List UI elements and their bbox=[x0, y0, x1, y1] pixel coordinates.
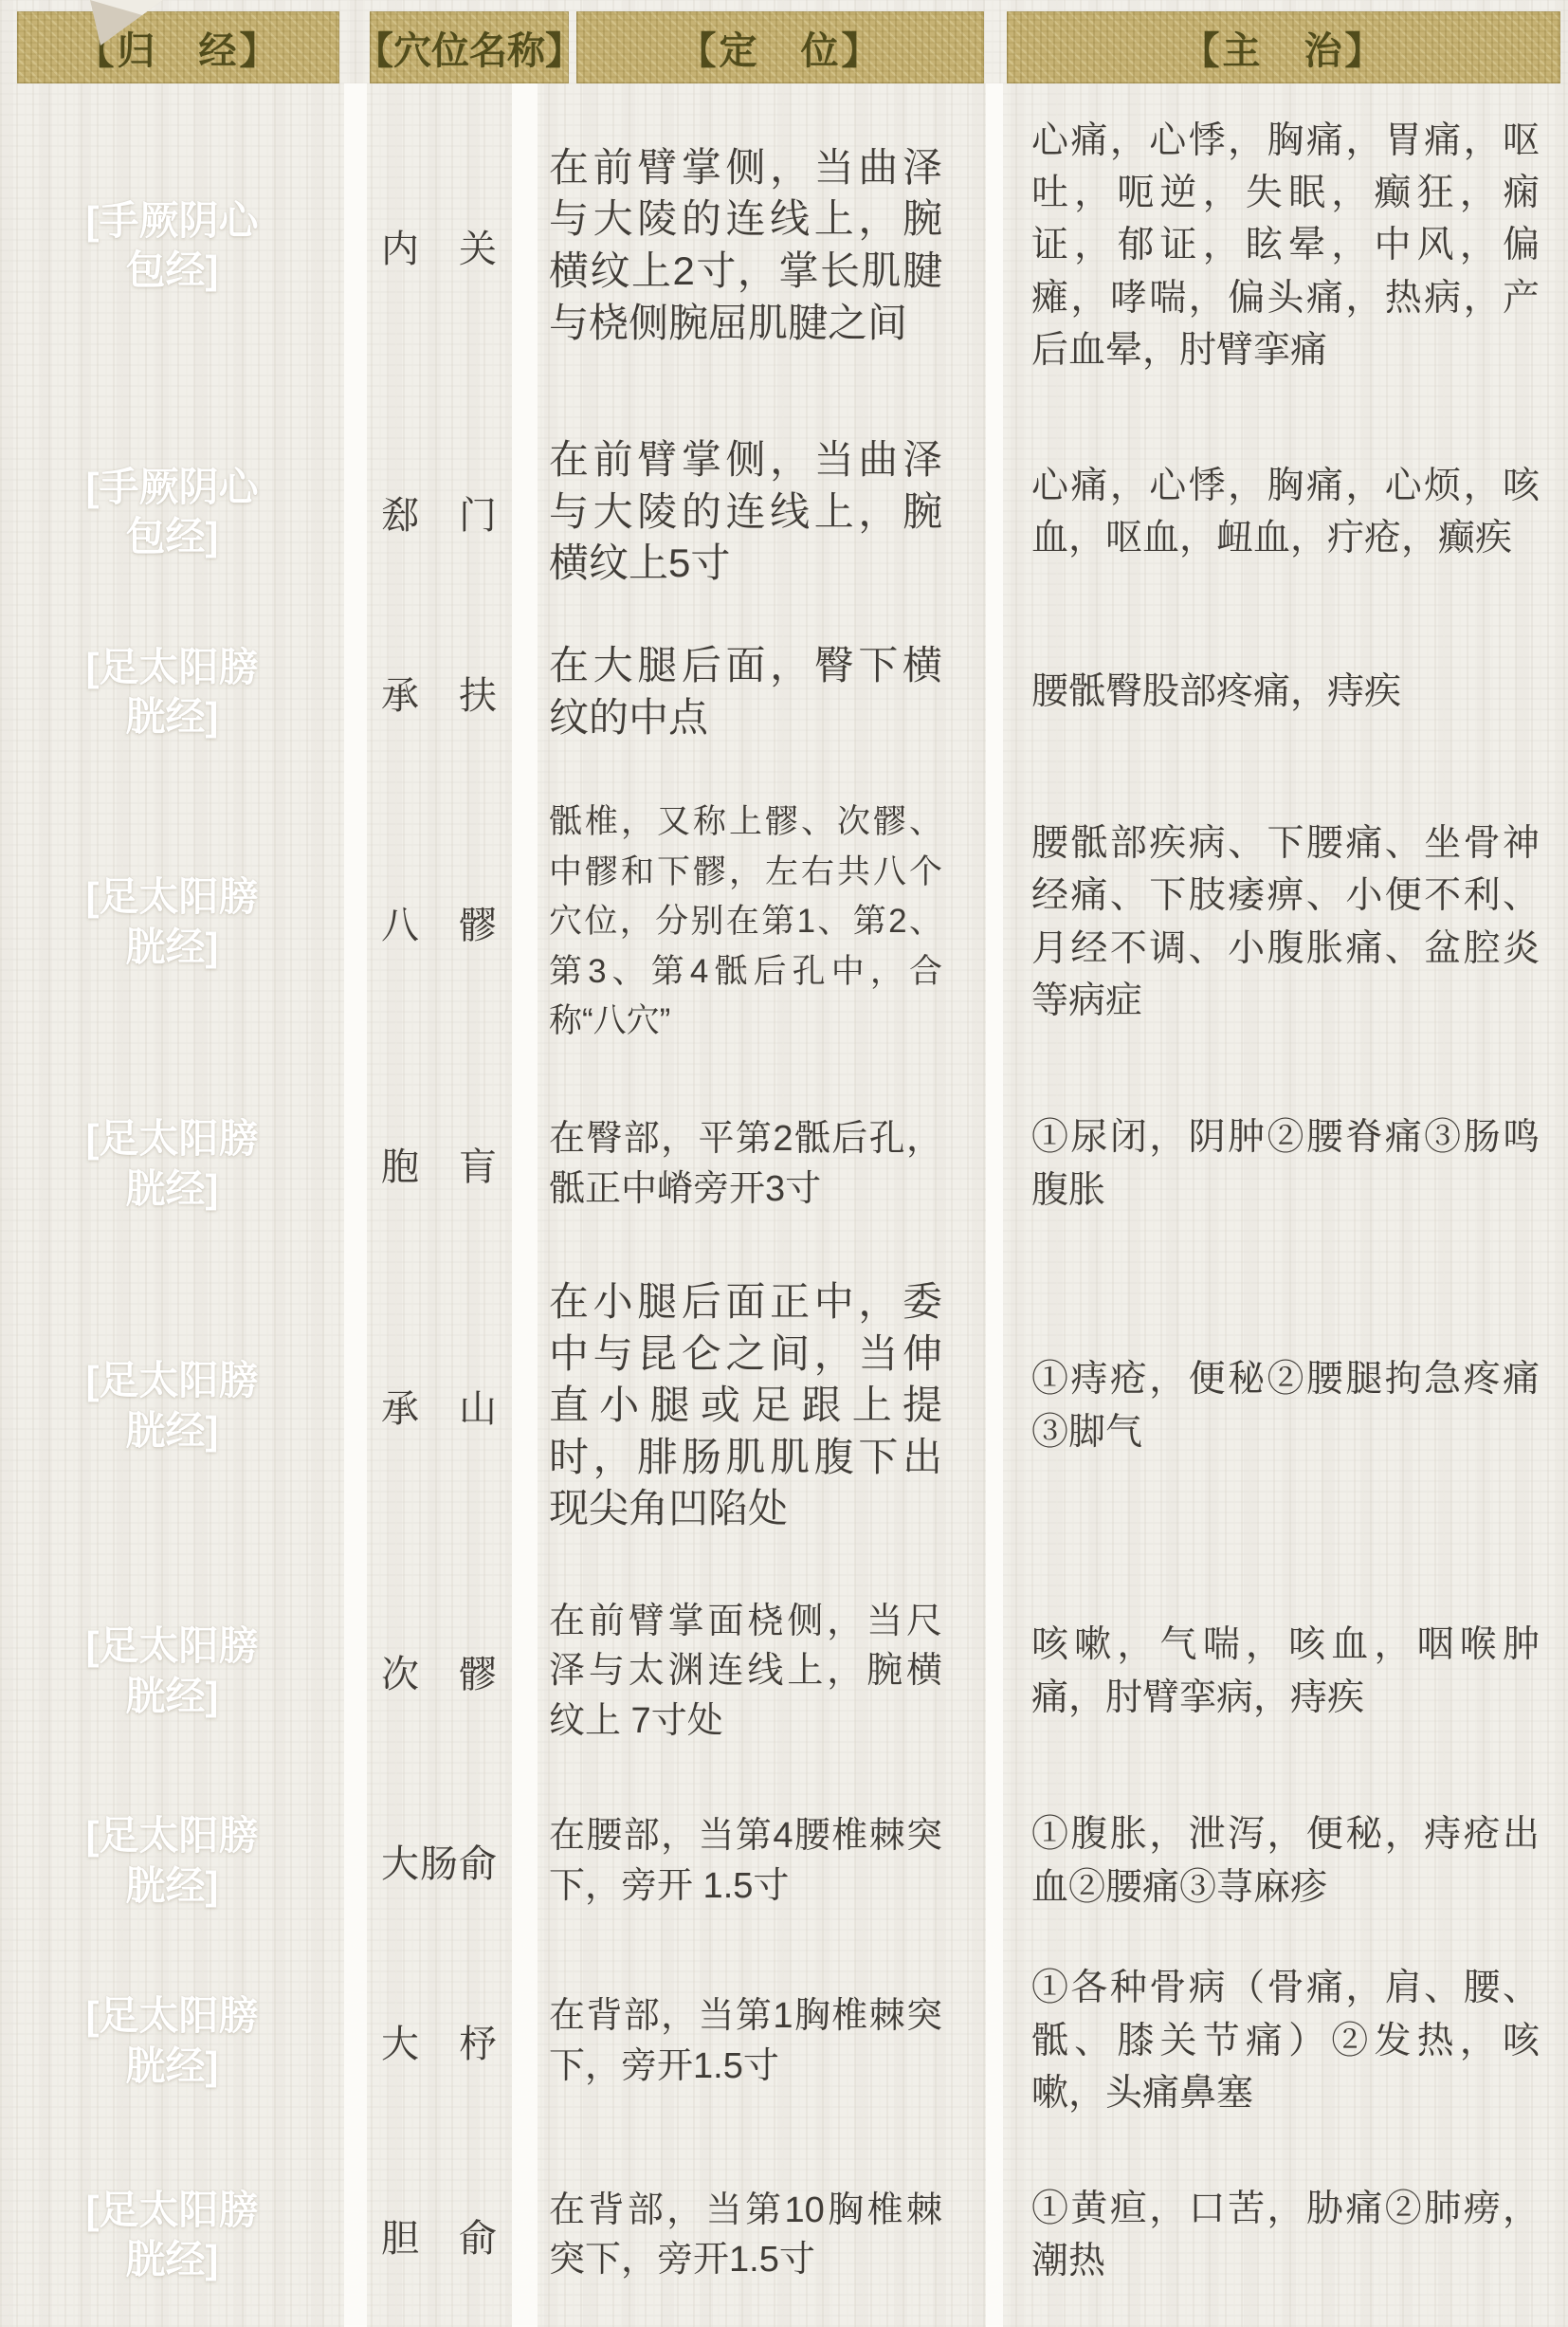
location-cell: 在背部，当第10胸椎棘突下，旁开1.5寸 bbox=[538, 2143, 986, 2327]
meridian-text: [足太阳膀 bbox=[86, 1622, 259, 1672]
location-text: 在背部，当第10胸椎棘突下，旁开1.5寸 bbox=[549, 2186, 942, 2285]
meridian-cell: [足太阳膀 胱经] bbox=[0, 1252, 344, 1560]
meridian-cell: [足太阳膀 胱经] bbox=[0, 2143, 344, 2327]
indications-text: 腰骶臀股部疼痛，痔疾 bbox=[1031, 666, 1540, 718]
location-cell: 在腰部，当第4腰椎棘突下，旁开 1.5寸 bbox=[538, 1783, 986, 1939]
meridian-text: [手厥阴心 bbox=[86, 196, 259, 247]
location-text: 在前臂掌侧，当曲泽与大陵的连线上，腕横纹上2寸，掌长肌腱与桡侧腕屈肌腱之间 bbox=[549, 142, 942, 349]
acupoint-name: 八 髎 bbox=[381, 895, 498, 949]
header-indications-label: 【主 治】 bbox=[1182, 21, 1386, 75]
location-cell: 在臀部，平第2骶后孔，骶正中嵴旁开3寸 bbox=[538, 1076, 986, 1252]
location-text: 在大腿后面，臀下横纹的中点 bbox=[549, 640, 942, 743]
location-cell: 在背部，当第1胸椎棘突下，旁开1.5寸 bbox=[538, 1939, 986, 2143]
location-text: 在腰部，当第4腰椎棘突下，旁开 1.5寸 bbox=[549, 1811, 942, 1911]
meridian-text: 胱经] bbox=[126, 2235, 219, 2285]
acupoint-name: 承 山 bbox=[381, 1379, 498, 1433]
header-location: 【定 位】 bbox=[576, 11, 984, 83]
header-acupoint-name-label: 【穴位名称】 bbox=[356, 21, 583, 75]
meridian-cell: [足太阳膀 胱经] bbox=[0, 1939, 344, 2143]
meridian-text: [足太阳膀 bbox=[86, 1811, 259, 1861]
column-divider bbox=[986, 83, 1003, 2327]
meridian-cell: [足太阳膀 胱经] bbox=[0, 1076, 344, 1252]
indications-cell: ①腹胀，泄泻，便秘，痔疮出血②腰痛③荨麻疹 bbox=[1003, 1783, 1568, 1939]
header-indications: 【主 治】 bbox=[1007, 11, 1560, 83]
meridian-cell: [足太阳膀 胱经] bbox=[0, 1783, 344, 1939]
location-text: 骶椎，又称上髎、次髎、中髎和下髎，左右共八个穴位，分别在第1、第2、第3、第4骶… bbox=[549, 797, 942, 1047]
meridian-cell: [足太阳膀 胱经] bbox=[0, 616, 344, 768]
indications-cell: ①各种骨病（骨痛，肩、腰、骶、膝关节痛）②发热，咳嗽，头痛鼻塞 bbox=[1003, 1939, 1568, 2143]
meridian-cell: [手厥阴心 包经] bbox=[0, 408, 344, 616]
indications-cell: 腰骶部疾病、下腰痛、坐骨神经痛、下肢痿痹、小便不利、月经不调、小腹胀痛、盆腔炎等… bbox=[1003, 768, 1568, 1076]
location-cell: 在小腿后面正中，委中与昆仑之间，当伸直小腿或足跟上提时，腓肠肌肌腹下出现尖角凹陷… bbox=[538, 1252, 986, 1560]
indications-cell: 心痛，心悸，胸痛，心烦，咳血，呕血，衄血，疔疮，癫疾 bbox=[1003, 408, 1568, 616]
meridian-text: [足太阳膀 bbox=[86, 1114, 259, 1164]
meridian-text: [足太阳膀 bbox=[86, 643, 259, 693]
location-cell: 骶椎，又称上髎、次髎、中髎和下髎，左右共八个穴位，分别在第1、第2、第3、第4骶… bbox=[538, 768, 986, 1076]
meridian-text: [手厥阴心 bbox=[86, 463, 259, 513]
indications-cell: 咳嗽，气喘，咳血，咽喉肿痛，肘臂挛病，痔疾 bbox=[1003, 1560, 1568, 1783]
acupoint-name: 次 髎 bbox=[381, 1644, 498, 1698]
meridian-text: 胱经] bbox=[126, 1672, 219, 1722]
meridian-text: [足太阳膀 bbox=[86, 1991, 259, 2042]
indications-cell: ①尿闭，阴肿②腰脊痛③肠鸣腹胀 bbox=[1003, 1076, 1568, 1252]
column-divider bbox=[512, 83, 538, 2327]
indications-text: ①尿闭，阴肿②腰脊痛③肠鸣腹胀 bbox=[1031, 1111, 1540, 1217]
indications-text: 腰骶部疾病、下腰痛、坐骨神经痛、下肢痿痹、小便不利、月经不调、小腹胀痛、盆腔炎等… bbox=[1031, 817, 1540, 1028]
acupoint-name: 大肠俞 bbox=[381, 1834, 498, 1888]
meridian-cell: [手厥阴心 包经] bbox=[0, 83, 344, 408]
location-text: 在前臂掌面桡侧，当尺泽与太渊连线上，腕横纹上 7寸处 bbox=[549, 1597, 942, 1746]
meridian-cell: [足太阳膀 胱经] bbox=[0, 1560, 344, 1783]
location-cell: 在大腿后面，臀下横纹的中点 bbox=[538, 616, 986, 768]
acupoint-name-cell: 郄 门 bbox=[367, 408, 512, 616]
meridian-text: 胱经] bbox=[126, 2042, 219, 2092]
indications-text: ①痔疮，便秘②腰腿拘急疼痛③脚气 bbox=[1031, 1353, 1540, 1458]
meridian-text: 胱经] bbox=[126, 923, 219, 973]
table-body: [手厥阴心 包经] 内 关 在前臂掌侧，当曲泽与大陵的连线上，腕横纹上2寸，掌长… bbox=[0, 83, 1568, 2327]
location-text: 在前臂掌侧，当曲泽与大陵的连线上，腕横纹上5寸 bbox=[549, 434, 942, 590]
indications-text: ①黄疸，口苦，胁痛②肺痨，潮热 bbox=[1031, 2183, 1540, 2288]
meridian-text: 胱经] bbox=[126, 1861, 219, 1912]
column-divider bbox=[344, 83, 367, 2327]
acupoint-table-page: 【归 经】 【穴位名称】 【定 位】 【主 治】 [手厥阴心 包经] 内 关 在… bbox=[0, 0, 1568, 2327]
location-text: 在背部，当第1胸椎棘突下，旁开1.5寸 bbox=[549, 1991, 942, 2091]
indications-cell: 心痛，心悸，胸痛，胃痛，呕吐，呃逆，失眠，癫狂，痫证，郁证，眩晕，中风，偏瘫，哮… bbox=[1003, 83, 1568, 408]
acupoint-name-cell: 大 杼 bbox=[367, 1939, 512, 2143]
meridian-cell: [足太阳膀 胱经] bbox=[0, 768, 344, 1076]
indications-cell: 腰骶臀股部疼痛，痔疾 bbox=[1003, 616, 1568, 768]
acupoint-name-cell: 八 髎 bbox=[367, 768, 512, 1076]
acupoint-name: 郄 门 bbox=[381, 486, 498, 540]
meridian-text: 胱经] bbox=[126, 1406, 219, 1457]
indications-text: 心痛，心悸，胸痛，胃痛，呕吐，呃逆，失眠，癫狂，痫证，郁证，眩晕，中风，偏瘫，哮… bbox=[1031, 115, 1540, 377]
acupoint-name: 大 杼 bbox=[381, 2014, 498, 2068]
meridian-text: [足太阳膀 bbox=[86, 872, 259, 923]
meridian-text: 胱经] bbox=[126, 1164, 219, 1215]
location-cell: 在前臂掌面桡侧，当尺泽与太渊连线上，腕横纹上 7寸处 bbox=[538, 1560, 986, 1783]
header-location-label: 【定 位】 bbox=[679, 21, 883, 75]
acupoint-name: 胞 肓 bbox=[381, 1137, 498, 1191]
indications-cell: ①黄疸，口苦，胁痛②肺痨，潮热 bbox=[1003, 2143, 1568, 2327]
acupoint-name-cell: 胆 俞 bbox=[367, 2143, 512, 2327]
acupoint-name-cell: 内 关 bbox=[367, 83, 512, 408]
location-text: 在臀部，平第2骶后孔，骶正中嵴旁开3寸 bbox=[549, 1114, 942, 1214]
acupoint-name-cell: 胞 肓 bbox=[367, 1076, 512, 1252]
header-acupoint-name: 【穴位名称】 bbox=[370, 11, 569, 83]
acupoint-name-cell: 大肠俞 bbox=[367, 1783, 512, 1939]
location-cell: 在前臂掌侧，当曲泽与大陵的连线上，腕横纹上5寸 bbox=[538, 408, 986, 616]
indications-text: ①各种骨病（骨痛，肩、腰、骶、膝关节痛）②发热，咳嗽，头痛鼻塞 bbox=[1031, 1962, 1540, 2119]
acupoint-name-cell: 承 扶 bbox=[367, 616, 512, 768]
meridian-text: 胱经] bbox=[126, 692, 219, 742]
indications-text: ①腹胀，泄泻，便秘，痔疮出血②腰痛③荨麻疹 bbox=[1031, 1808, 1540, 1914]
table-header-row: 【归 经】 【穴位名称】 【定 位】 【主 治】 bbox=[0, 11, 1568, 83]
acupoint-name-cell: 次 髎 bbox=[367, 1560, 512, 1783]
location-text: 在小腿后面正中，委中与昆仑之间，当伸直小腿或足跟上提时，腓肠肌肌腹下出现尖角凹陷… bbox=[549, 1276, 942, 1535]
page-curl-icon bbox=[0, 0, 190, 57]
indications-cell: ①痔疮，便秘②腰腿拘急疼痛③脚气 bbox=[1003, 1252, 1568, 1560]
location-cell: 在前臂掌侧，当曲泽与大陵的连线上，腕横纹上2寸，掌长肌腱与桡侧腕屈肌腱之间 bbox=[538, 83, 986, 408]
acupoint-name-cell: 承 山 bbox=[367, 1252, 512, 1560]
meridian-text: [足太阳膀 bbox=[86, 1356, 259, 1406]
indications-text: 咳嗽，气喘，咳血，咽喉肿痛，肘臂挛病，痔疾 bbox=[1031, 1619, 1540, 1724]
indications-text: 心痛，心悸，胸痛，心烦，咳血，呕血，衄血，疔疮，癫疾 bbox=[1031, 460, 1540, 565]
meridian-text: [足太阳膀 bbox=[86, 2186, 259, 2236]
acupoint-name: 承 扶 bbox=[381, 666, 498, 720]
meridian-text: 包经] bbox=[126, 246, 219, 296]
acupoint-name: 胆 俞 bbox=[381, 2208, 498, 2263]
acupoint-name: 内 关 bbox=[381, 219, 498, 273]
meridian-text: 包经] bbox=[126, 512, 219, 562]
